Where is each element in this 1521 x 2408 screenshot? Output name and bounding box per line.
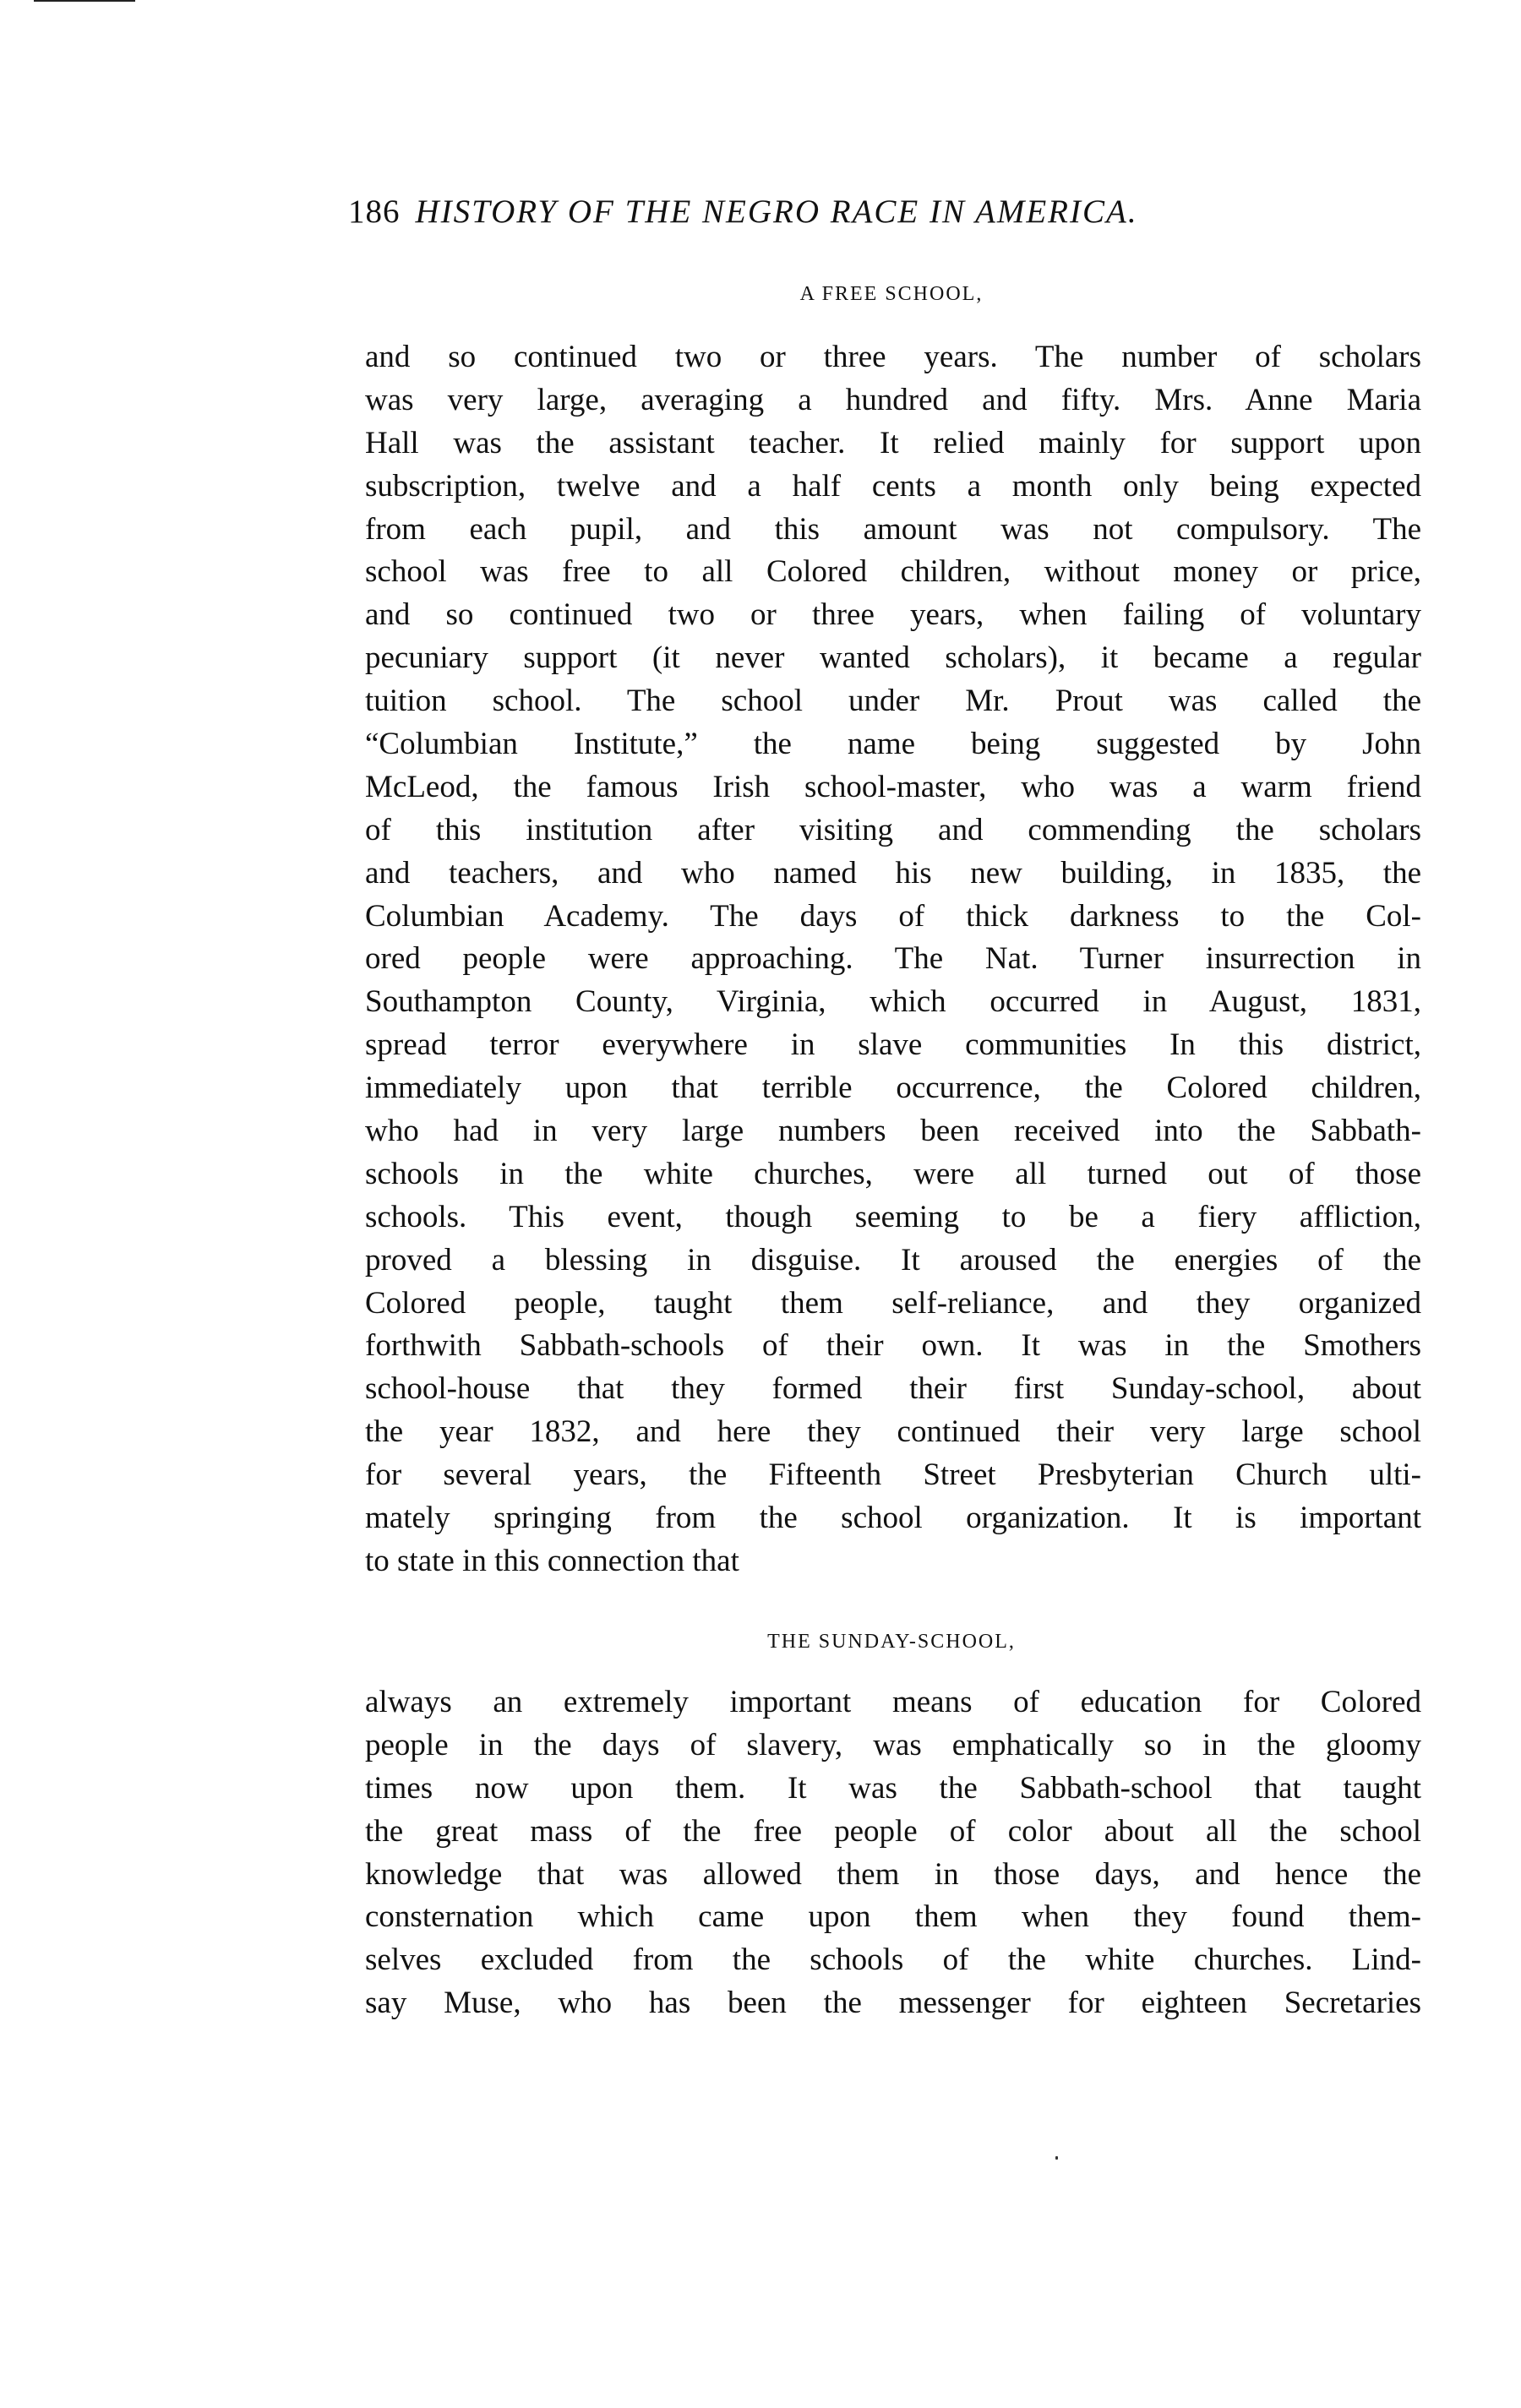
text-line: Columbian Academy. The days of thick dar… (365, 896, 1421, 939)
text-line: the year 1832, and here they continued t… (365, 1411, 1421, 1454)
text-line: Southampton County, Virginia, which occu… (365, 981, 1421, 1024)
text-line: and teachers, and who named his new buil… (365, 853, 1421, 896)
text-line: forthwith Sabbath-schools of their own. … (365, 1325, 1421, 1368)
text-line: to state in this connection that (365, 1540, 1421, 1583)
text-line: selves excluded from the schools of the … (365, 1939, 1421, 1982)
text-line: mately springing from the school organiz… (365, 1497, 1421, 1540)
page-number: 186 (348, 193, 401, 230)
book-title: HISTORY OF THE NEGRO RACE IN AMERICA. (416, 193, 1138, 230)
text-line: people in the days of slavery, was empha… (365, 1724, 1421, 1768)
text-line: Colored people, taught them self-relianc… (365, 1283, 1421, 1326)
text-line: say Muse, who has been the messenger for… (365, 1982, 1421, 2025)
text-line: was very large, averaging a hundred and … (365, 379, 1421, 422)
paragraph-free-school: and so continued two or three years. The… (365, 336, 1421, 1583)
text-line: and so continued two or three years. The… (365, 336, 1421, 379)
scan-edge-mark (34, 0, 135, 2)
text-line: of this institution after visiting and c… (365, 809, 1421, 853)
text-line: ored people were approaching. The Nat. T… (365, 938, 1421, 981)
text-line: spread terror everywhere in slave commun… (365, 1024, 1421, 1067)
text-line: immediately upon that terrible occurrenc… (365, 1067, 1421, 1110)
text-line: knowledge that was allowed them in those… (365, 1854, 1421, 1897)
text-line: consternation which came upon them when … (365, 1896, 1421, 1939)
text-line: schools in the white churches, were all … (365, 1153, 1421, 1196)
text-line: times now upon them. It was the Sabbath-… (365, 1768, 1421, 1811)
text-line: proved a blessing in disguise. It arouse… (365, 1239, 1421, 1283)
text-line: school was free to all Colored children,… (365, 551, 1421, 594)
scan-speck (1055, 2156, 1058, 2160)
text-line: school-house that they formed their firs… (365, 1368, 1421, 1411)
text-line: pecuniary support (it never wanted schol… (365, 637, 1421, 680)
paragraph-sunday-school: always an extremely important means of e… (365, 1681, 1421, 2025)
text-line: always an extremely important means of e… (365, 1681, 1421, 1724)
text-line: subscription, twelve and a half cents a … (365, 466, 1421, 509)
section-heading-sunday-school: THE SUNDAY-SCHOOL, (363, 1631, 1420, 1653)
text-line: McLeod, the famous Irish school-master, … (365, 766, 1421, 809)
text-line: who had in very large numbers been recei… (365, 1110, 1421, 1153)
running-header: 186HISTORY OF THE NEGRO RACE IN AMERICA. (348, 193, 1345, 231)
section-heading-free-school: A FREE SCHOOL, (363, 283, 1420, 306)
text-line: “Columbian Institute,” the name being su… (365, 723, 1421, 766)
text-line: schools. This event, though seeming to b… (365, 1196, 1421, 1239)
text-line: and so continued two or three years, whe… (365, 594, 1421, 637)
text-line: Hall was the assistant teacher. It relie… (365, 422, 1421, 466)
text-line: tuition school. The school under Mr. Pro… (365, 680, 1421, 723)
text-line: for several years, the Fifteenth Street … (365, 1454, 1421, 1497)
text-line: the great mass of the free people of col… (365, 1811, 1421, 1854)
text-line: from each pupil, and this amount was not… (365, 509, 1421, 552)
